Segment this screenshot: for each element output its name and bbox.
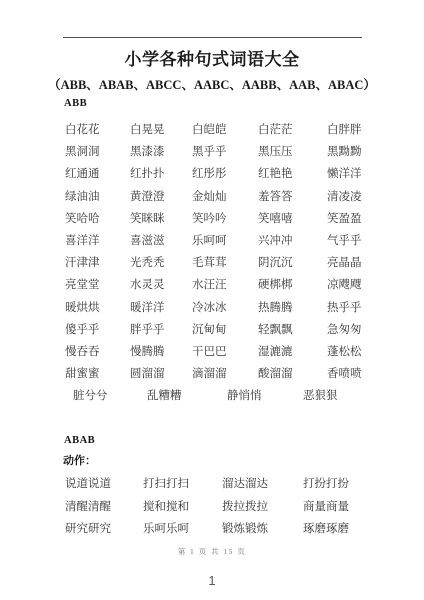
- word-row: 喜洋洋 喜滋滋 乐呵呵 兴冲冲 气乎乎: [65, 230, 365, 252]
- word: 拨拉拨拉: [222, 496, 303, 519]
- page-title: 小学各种句式词语大全: [0, 0, 424, 71]
- word: 甜蜜蜜: [65, 363, 130, 385]
- word: 水灵灵: [130, 274, 192, 296]
- word-row: 黑洞洞 黑漆漆 黑乎乎 黑压压 黑黝黝: [65, 141, 365, 163]
- word: 笑盈盈: [327, 208, 365, 230]
- word: 红扑扑: [130, 163, 192, 185]
- word: 脏兮兮: [73, 385, 147, 407]
- word-row: 研究研究 乐呵乐呵 锻炼锻炼 琢磨琢磨: [65, 518, 365, 541]
- word-row: 清醒清醒 搅和搅和 拨拉拨拉 商量商量: [65, 496, 365, 519]
- word: 乐呵呵: [192, 230, 258, 252]
- word: 滴溜溜: [192, 363, 258, 385]
- abab-word-list: 说道说道 打扫打扫 溜达溜达 打扮打扮 清醒清醒 搅和搅和 拨拉拨拉 商量商量 …: [65, 473, 365, 541]
- word: 喜滋滋: [130, 230, 192, 252]
- word: 热腾腾: [258, 297, 327, 319]
- word: 乐呵乐呵: [143, 518, 222, 541]
- word: 研究研究: [65, 518, 143, 541]
- word: 傻乎乎: [65, 319, 130, 341]
- word: 亮堂堂: [65, 274, 130, 296]
- word: 清醒清醒: [65, 496, 143, 519]
- word: 锻炼锻炼: [222, 518, 303, 541]
- section-heading-abb: ABB: [64, 97, 424, 111]
- word: 打扮打扮: [303, 473, 365, 496]
- word: 打扫打扫: [143, 473, 222, 496]
- word: 黄澄澄: [130, 186, 192, 208]
- word: 白胖胖: [327, 119, 365, 141]
- word: 黑漆漆: [130, 141, 192, 163]
- word: 圆溜溜: [130, 363, 192, 385]
- word: 溜达溜达: [222, 473, 303, 496]
- word: 轻飘飘: [258, 319, 327, 341]
- header-rule-line: [63, 37, 362, 38]
- word: 红通通: [65, 163, 130, 185]
- word: 笑吟吟: [192, 208, 258, 230]
- word-row: 暖烘烘 暖洋洋 冷冰冰 热腾腾 热乎乎: [65, 297, 365, 319]
- word: 懒洋洋: [327, 163, 365, 185]
- word: 急匆匆: [327, 319, 365, 341]
- word: 凉飕飕: [327, 274, 365, 296]
- word: 热乎乎: [327, 297, 365, 319]
- word: 暖洋洋: [130, 297, 192, 319]
- word: 笑哈哈: [65, 208, 130, 230]
- word: 白皑皑: [192, 119, 258, 141]
- word: 亮晶晶: [327, 252, 365, 274]
- word: 白晃晃: [130, 119, 192, 141]
- word: 喜洋洋: [65, 230, 130, 252]
- word: 黑乎乎: [192, 141, 258, 163]
- word-row: 白花花 白晃晃 白皑皑 白茫茫 白胖胖: [65, 119, 365, 141]
- word: 酸溜溜: [258, 363, 327, 385]
- word-row: 笑哈哈 笑眯眯 笑吟吟 笑嘻嘻 笑盈盈: [65, 208, 365, 230]
- abb-word-list: 白花花 白晃晃 白皑皑 白茫茫 白胖胖 黑洞洞 黑漆漆 黑乎乎 黑压压 黑黝黝 …: [65, 119, 365, 407]
- word: 静悄悄: [227, 385, 303, 407]
- word-row: 红通通 红扑扑 红彤彤 红艳艳 懒洋洋: [65, 163, 365, 185]
- word: 恶狠狠: [303, 385, 365, 407]
- word-row: 傻乎乎 胖乎乎 沉甸甸 轻飘飘 急匆匆: [65, 319, 365, 341]
- word: 香喷喷: [327, 363, 365, 385]
- word: 红彤彤: [192, 163, 258, 185]
- word: 水汪汪: [192, 274, 258, 296]
- word: 乱糟糟: [147, 385, 227, 407]
- word: 搅和搅和: [143, 496, 222, 519]
- word: 红艳艳: [258, 163, 327, 185]
- word: 沉甸甸: [192, 319, 258, 341]
- word: 笑眯眯: [130, 208, 192, 230]
- word-row: 亮堂堂 水灵灵 水汪汪 硬梆梆 凉飕飕: [65, 274, 365, 296]
- word: 光秃秃: [130, 252, 192, 274]
- viewer-page-number: 1: [0, 573, 424, 589]
- page-footer-info: 第 1 页 共 15 页: [0, 547, 424, 557]
- word-row: 绿油油 黄澄澄 金灿灿 羞答答 清凌凌: [65, 186, 365, 208]
- word-row: 说道说道 打扫打扫 溜达溜达 打扮打扮: [65, 473, 365, 496]
- word: 蓬松松: [327, 341, 365, 363]
- word: 黑黝黝: [327, 141, 365, 163]
- word: 毛茸茸: [192, 252, 258, 274]
- word: 商量商量: [303, 496, 365, 519]
- word: 清凌凌: [327, 186, 365, 208]
- word: 慢腾腾: [130, 341, 192, 363]
- section-heading-abab: ABAB: [64, 434, 424, 448]
- word: 湿漉漉: [258, 341, 327, 363]
- word: 硬梆梆: [258, 274, 327, 296]
- word-row: 慢吞吞 慢腾腾 干巴巴 湿漉漉 蓬松松: [65, 341, 365, 363]
- word: 羞答答: [258, 186, 327, 208]
- word-row: 甜蜜蜜 圆溜溜 滴溜溜 酸溜溜 香喷喷: [65, 363, 365, 385]
- document-page: 小学各种句式词语大全 （ABB、ABAB、ABCC、AABC、AABB、AAB、…: [0, 0, 424, 600]
- word-row: 汗津津 光秃秃 毛茸茸 阴沉沉 亮晶晶: [65, 252, 365, 274]
- word: 绿油油: [65, 186, 130, 208]
- word: 气乎乎: [327, 230, 365, 252]
- word: 暖烘烘: [65, 297, 130, 319]
- word: 白茫茫: [258, 119, 327, 141]
- word: 白花花: [65, 119, 130, 141]
- word: 汗津津: [65, 252, 130, 274]
- word: 干巴巴: [192, 341, 258, 363]
- page-subtitle: （ABB、ABAB、ABCC、AABC、AABB、AAB、ABAC）: [0, 76, 424, 95]
- word: 阴沉沉: [258, 252, 327, 274]
- word: 说道说道: [65, 473, 143, 496]
- word: 胖乎乎: [130, 319, 192, 341]
- word: 笑嘻嘻: [258, 208, 327, 230]
- word: 慢吞吞: [65, 341, 130, 363]
- word: 黑洞洞: [65, 141, 130, 163]
- word: 兴冲冲: [258, 230, 327, 252]
- word: 金灿灿: [192, 186, 258, 208]
- word: 黑压压: [258, 141, 327, 163]
- word-row: 脏兮兮 乱糟糟 静悄悄 恶狠狠: [65, 385, 365, 407]
- word: 琢磨琢磨: [303, 518, 365, 541]
- word: 冷冰冰: [192, 297, 258, 319]
- abab-subheading-action: 动作：: [63, 454, 424, 468]
